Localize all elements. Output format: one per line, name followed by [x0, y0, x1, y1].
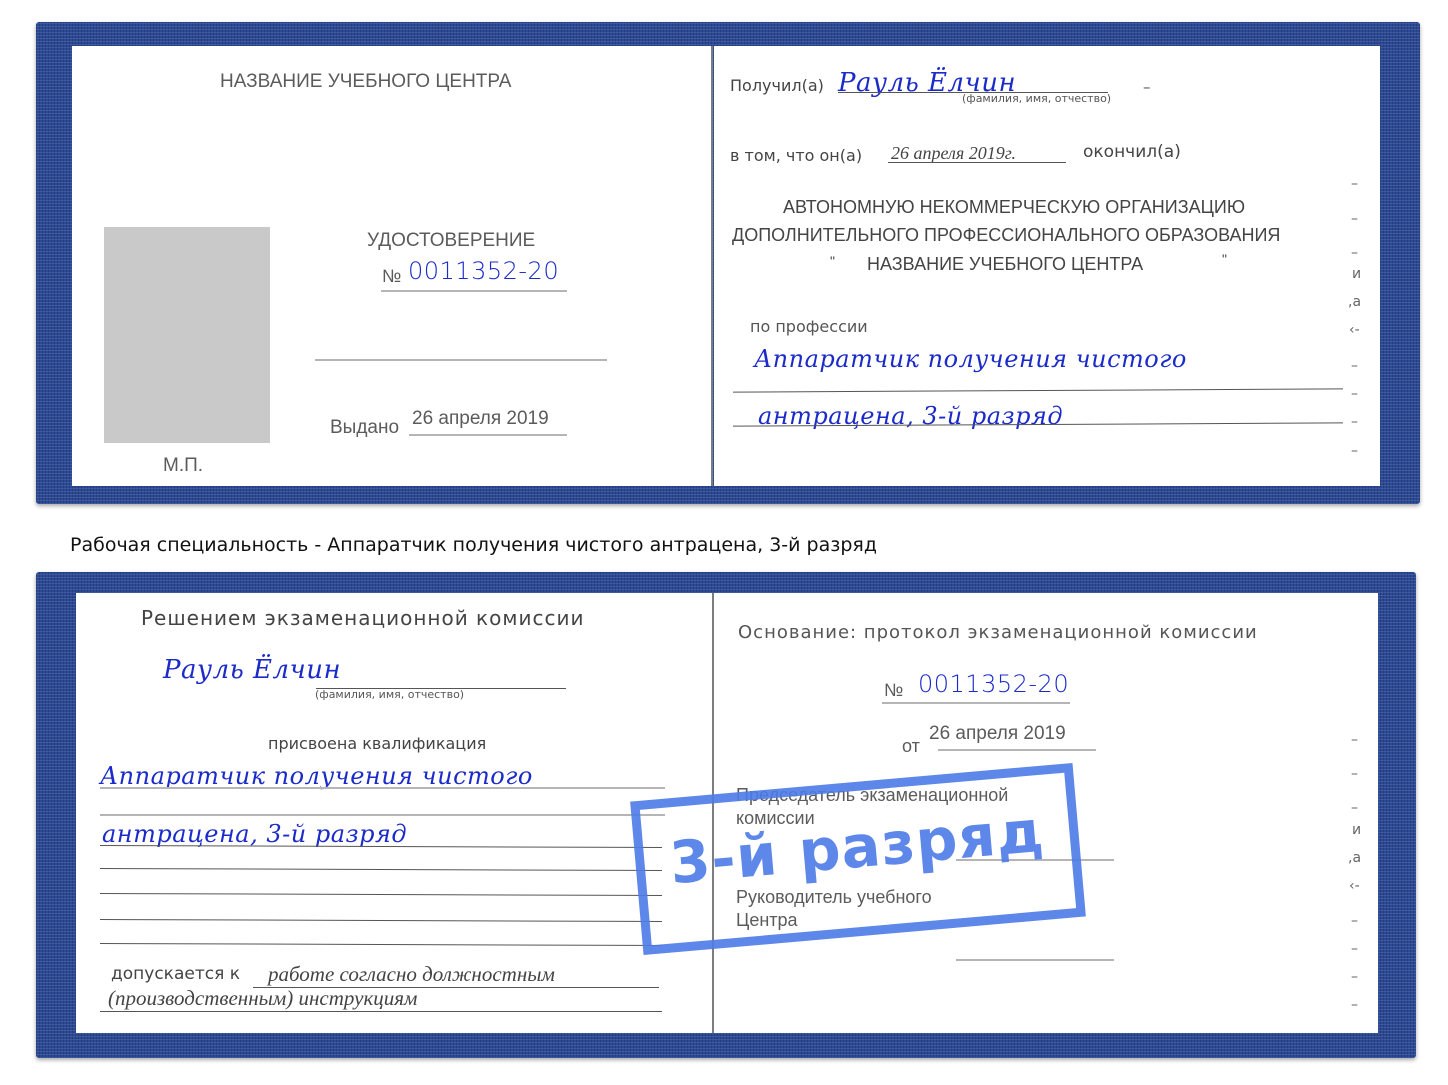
top-card-spine	[711, 46, 713, 486]
stamp-place-label: М.П.	[163, 455, 203, 477]
profession-label: по профессии	[750, 317, 868, 336]
qualification-line-2: антрацена, 3-й разряд	[102, 820, 407, 848]
qualification-underline-2	[100, 814, 665, 816]
holder-name: Рауль Ёлчин	[163, 655, 341, 685]
specialty-caption: Рабочая специальность - Аппаратчик получ…	[70, 534, 877, 556]
admitted-underline-2	[100, 1011, 662, 1012]
received-label: Получил(а)	[730, 76, 824, 95]
certificate-number-label: №	[382, 266, 401, 287]
decision-title: Решением экзаменационной комиссии	[141, 606, 584, 630]
protocol-date-value: 26 апреля 2019	[929, 723, 1066, 745]
org-line-3: НАЗВАНИЕ УЧЕБНОГО ЦЕНТРА	[867, 254, 1143, 275]
finished-label: окончил(а)	[1083, 142, 1181, 162]
in-that-label: в том, что он(а)	[730, 146, 862, 165]
admitted-label: допускается к	[111, 964, 240, 984]
protocol-date-label: от	[902, 736, 920, 757]
org-line-1: АВТОНОМНУЮ НЕКОММЕРЧЕСКУЮ ОРГАНИЗАЦИЮ	[783, 197, 1245, 218]
completion-date-underline	[888, 162, 1066, 163]
protocol-number-label: №	[884, 680, 903, 701]
org-line-3-quote-open: "	[830, 253, 835, 269]
recipient-dash: –	[1143, 78, 1151, 96]
document-title: УДОСТОВЕРЕНИЕ	[367, 230, 535, 252]
protocol-number-value: 0011352-20	[918, 670, 1069, 698]
issued-date: 26 апреля 2019	[412, 408, 549, 430]
org-line-3-quote-close: "	[1222, 251, 1227, 267]
admitted-line-2: (производственным) инструкциям	[108, 986, 417, 1011]
blank-signature-line	[315, 359, 607, 361]
qualification-underline-1	[100, 787, 665, 789]
qualification-label: присвоена квалификация	[268, 734, 486, 753]
certificate-number-value: 0011352-20	[408, 257, 559, 285]
center-name-heading: НАЗВАНИЕ УЧЕБНОГО ЦЕНТРА	[220, 71, 512, 93]
head-signature-line	[956, 959, 1114, 961]
certificate-number-underline	[381, 290, 567, 292]
issued-date-underline	[409, 434, 567, 436]
issued-label: Выдано	[330, 417, 399, 439]
org-line-2: ДОПОЛНИТЕЛЬНОГО ПРОФЕССИОНАЛЬНОГО ОБРАЗО…	[732, 225, 1280, 246]
admitted-line-1: работе согласно должностным	[268, 962, 555, 987]
completion-date: 26 апреля 2019г.	[891, 143, 1016, 164]
basis-label: Основание: протокол экзаменационной коми…	[738, 622, 1258, 643]
recipient-name-caption: (фамилия, имя, отчество)	[962, 92, 1111, 105]
grade-stamp-text: 3-й разряд	[642, 795, 1072, 900]
profession-line-1: Аппаратчик получения чистого	[754, 345, 1187, 373]
holder-name-caption: (фамилия, имя, отчество)	[315, 688, 464, 701]
protocol-date-underline	[938, 749, 1096, 751]
qualification-line-1: Аппаратчик получения чистого	[100, 762, 533, 790]
photo-placeholder	[104, 227, 270, 443]
protocol-number-underline	[882, 702, 1070, 704]
